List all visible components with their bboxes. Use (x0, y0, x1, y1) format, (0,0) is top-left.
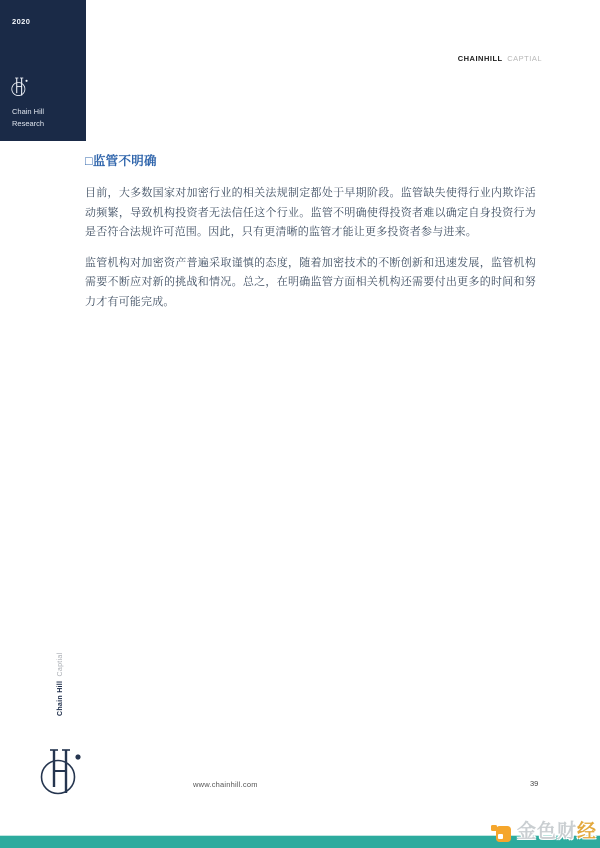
watermark-text: 金色财经 (517, 820, 597, 843)
sidebar-brand-line2: Research (12, 118, 44, 130)
header-brand-light: CAPTIAL (507, 54, 542, 63)
header-brand: CHAINHILL CAPTIAL (458, 54, 542, 63)
vertical-brand-bold: Chain Hill (57, 681, 64, 716)
website-url: www.chainhill.com (193, 780, 258, 789)
paragraph-2: 监管机构对加密资产普遍采取谨慎的态度，随着加密技术的不断创新和迅速发展，监管机构… (85, 254, 536, 313)
vertical-brand-light: Captial (57, 653, 64, 677)
paragraph-1: 目前，大多数国家对加密行业的相关法规制定都处于早期阶段。监管缺失使得行业内欺诈活… (85, 184, 536, 243)
main-content: □监管不明确 目前，大多数国家对加密行业的相关法规制定都处于早期阶段。监管缺失使… (85, 151, 536, 312)
page-number: 39 (530, 779, 538, 788)
section-heading: □监管不明确 (85, 151, 536, 169)
report-page: 2020 Chain Hill Research CHAINHILL CAPTI… (0, 0, 600, 848)
sidebar-brand-line1: Chain Hill (12, 106, 44, 118)
sidebar-brand: Chain Hill Research (12, 106, 44, 130)
sidebar: 2020 Chain Hill Research (0, 0, 86, 141)
jinse-finance-icon (491, 822, 513, 845)
vertical-brand: Chain Hill Captial (57, 653, 64, 716)
watermark: 金色财经 (491, 820, 597, 845)
watermark-text-main: 金色财 (517, 821, 577, 842)
watermark-text-accent: 经 (577, 821, 597, 842)
year-label: 2020 (12, 17, 30, 26)
chainhill-monogram-footer-icon (40, 746, 84, 798)
header-brand-bold: CHAINHILL (458, 54, 503, 63)
chainhill-monogram-icon (11, 76, 29, 98)
